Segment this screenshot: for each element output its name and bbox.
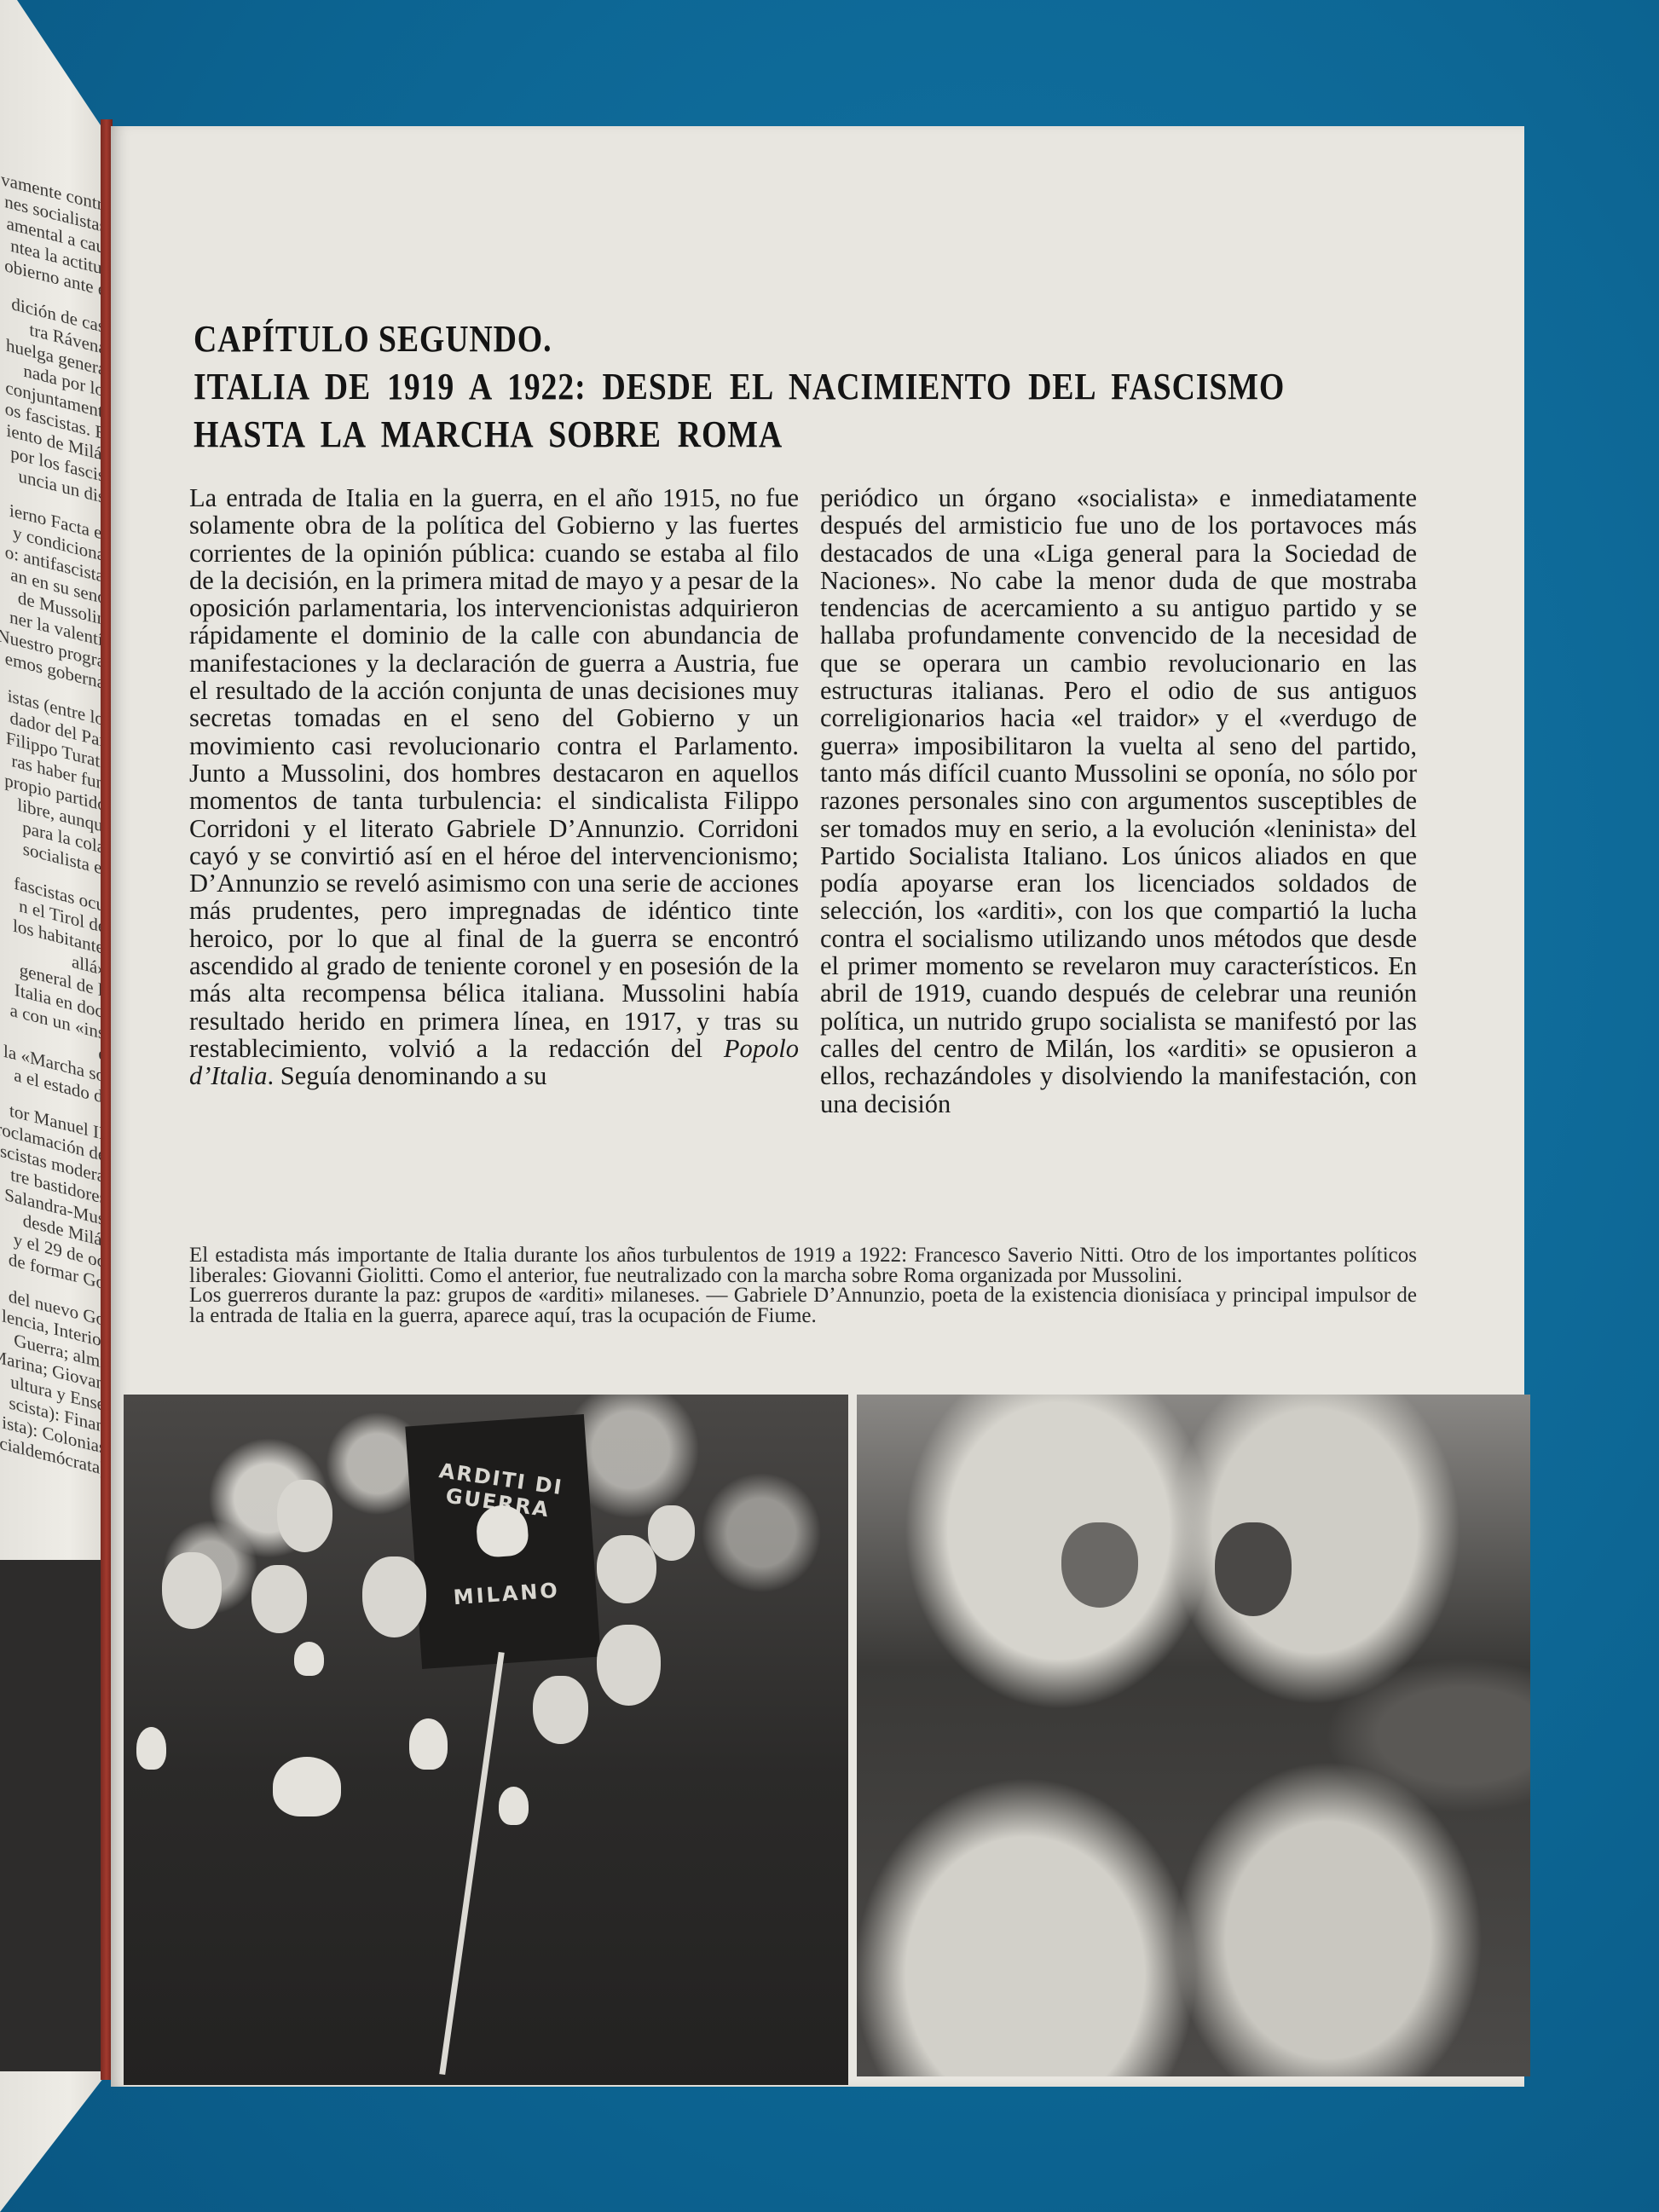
- chapter-title-line2: HASTA LA MARCHA SOBRE ROMA: [194, 411, 1293, 459]
- face: [533, 1676, 588, 1744]
- face: [251, 1565, 307, 1633]
- face: [1061, 1522, 1138, 1608]
- previous-page-text: vamente contranes socialistas.amental a …: [0, 160, 111, 1481]
- photo-caption: El estadista más importante de Italia du…: [189, 1245, 1417, 1325]
- skull-badge: [136, 1727, 166, 1770]
- chapter-label: CAPÍTULO SEGUNDO.: [194, 315, 1293, 363]
- skull-badge: [499, 1787, 529, 1825]
- caption-paragraph-2: Los guerreros durante la paz: grupos de …: [189, 1285, 1417, 1325]
- body-text-right: periódico un órgano «socialista» e inmed…: [820, 484, 1417, 1118]
- face: [1215, 1522, 1292, 1616]
- chapter-title-line1: ITALIA DE 1919 A 1922: DESDE EL NACIMIEN…: [194, 363, 1293, 411]
- face: [277, 1480, 332, 1552]
- banner: ARDITI DI GUERRA MILANO: [405, 1414, 600, 1669]
- caption-paragraph-1: El estadista más importante de Italia du…: [189, 1245, 1417, 1285]
- previous-page-photo: [0, 1560, 101, 2071]
- body-text-left: La entrada de Italia en la guerra, en el…: [189, 483, 799, 1063]
- previous-page: vamente contranes socialistas.amental a …: [0, 0, 115, 2212]
- face: [597, 1535, 656, 1603]
- body-text-left-tail: . Seguía denominando a su: [268, 1061, 547, 1090]
- body-column-right: periódico un órgano «socialista» e inmed…: [820, 484, 1417, 1118]
- face: [162, 1552, 222, 1629]
- photo-arditi-group: ARDITI DI GUERRA MILANO: [124, 1395, 848, 2085]
- body-column-left: La entrada de Italia en la guerra, en el…: [189, 484, 799, 1090]
- face: [648, 1505, 695, 1561]
- face: [597, 1625, 661, 1706]
- skull-badge: [409, 1718, 448, 1770]
- chapter-heading: CAPÍTULO SEGUNDO. ITALIA DE 1919 A 1922:…: [194, 315, 1293, 459]
- face: [362, 1556, 426, 1637]
- banner-text-bottom: MILANO: [417, 1576, 597, 1613]
- skull-badge: [273, 1757, 341, 1816]
- skull-badge: [294, 1642, 324, 1676]
- book-page: CAPÍTULO SEGUNDO. ITALIA DE 1919 A 1922:…: [111, 126, 1524, 2087]
- photo-dannunzio: [857, 1395, 1530, 2076]
